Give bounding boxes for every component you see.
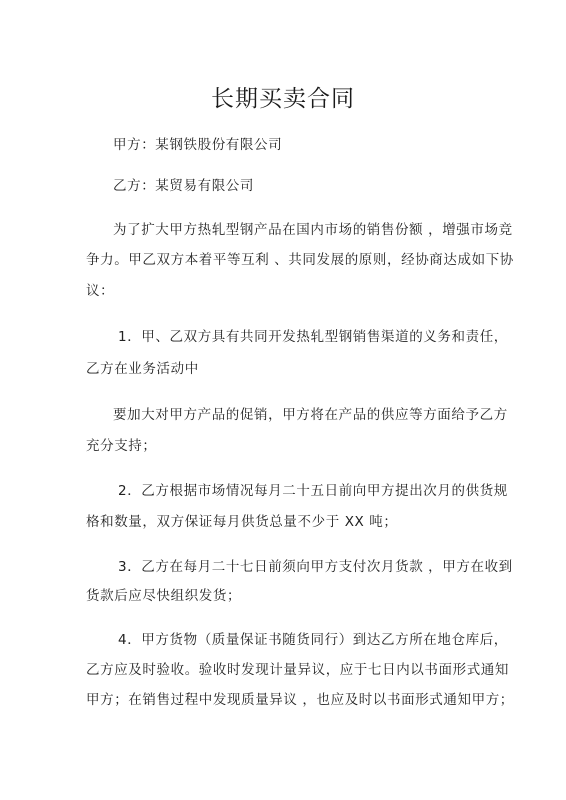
clause-3-line-2: 货款后应尽快组织发货； — [86, 587, 486, 605]
clause-1-line-1: 1．甲、乙双方具有共同开发热轧型钢销售渠道的义务和责任， — [118, 328, 518, 346]
preamble-line-3: 议： — [86, 282, 486, 300]
clause-1b-line-2: 充分支持； — [86, 437, 486, 455]
document-title: 长期买卖合同 — [0, 84, 566, 114]
clause-4-line-2: 乙方应及时验收。验收时发现计量异议，应于七日内以书面形式通知 — [86, 661, 486, 679]
clause-1-line-2: 乙方在业务活动中 — [86, 360, 486, 378]
clause-4-line-3: 甲方；在销售过程中发现质量异议 ，也应及时以书面形式通知甲方； — [86, 691, 486, 709]
clause-2-line-1: 2．乙方根据市场情况每月二十五日前向甲方提出次月的供货规 — [118, 482, 518, 500]
clause-3-line-1: 3．乙方在每月二十七日前须向甲方支付次月货款 ，甲方在收到 — [118, 558, 518, 576]
clause-4-line-1: 4．甲方货物（质量保证书随货同行）到达乙方所在地仓库后， — [118, 631, 518, 649]
clause-2-line-2: 格和数量，双方保证每月供货总量不少于 XX 吨； — [86, 513, 486, 531]
clause-1b-line-1: 要加大对甲方产品的促销，甲方将在产品的供应等方面给予乙方 — [113, 406, 513, 424]
preamble-line-1: 为了扩大甲方热轧型钢产品在国内市场的销售份额 ，增强市场竞 — [113, 221, 513, 239]
preamble-line-2: 争力。甲乙双方本着平等互利 、共同发展的原则，经协商达成如下协 — [86, 251, 486, 269]
party-b-line: 乙方：某贸易有限公司 — [113, 177, 513, 195]
party-a-line: 甲方：某钢铁股份有限公司 — [113, 136, 513, 154]
document-page: 长期买卖合同 甲方：某钢铁股份有限公司 乙方：某贸易有限公司 为了扩大甲方热轧型… — [0, 0, 566, 800]
